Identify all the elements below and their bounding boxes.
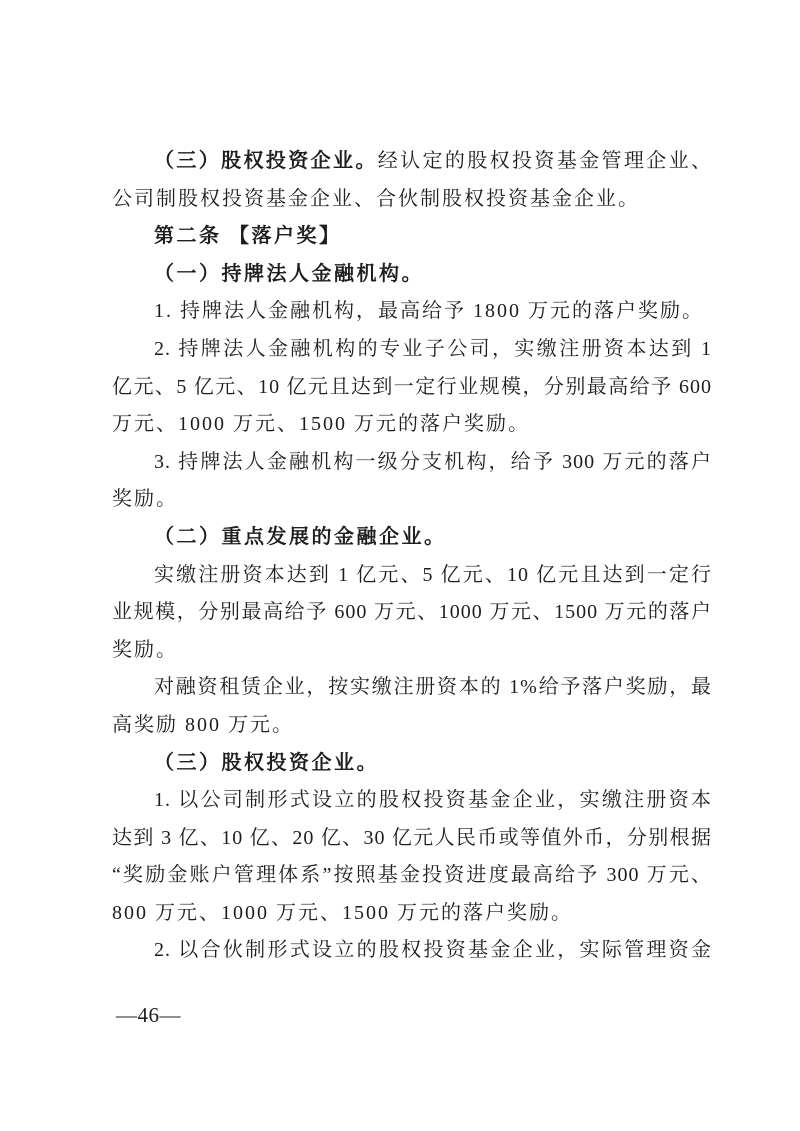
bold-text-segment: （二）重点发展的金融企业。 (154, 526, 447, 548)
text-segment: 亿元、5 亿元、10 亿元且达到一定行业规模，分别最高给予 600 (112, 376, 712, 398)
section-heading: 第二条 【落户奖】 (112, 218, 712, 256)
text-segment: 2. 持牌法人金融机构的专业子公司，实缴注册资本达到 1 (154, 338, 712, 360)
text-segment: 实缴注册资本达到 1 亿元、5 亿元、10 亿元且达到一定行 (154, 564, 712, 586)
section-heading: （二）重点发展的金融企业。 (112, 519, 712, 557)
text-line: 2. 以合伙制形式设立的股权投资基金企业，实际管理资金 (112, 932, 712, 970)
bold-text-segment: 第二条 【落户奖】 (154, 225, 342, 247)
document-body: （三）股权投资企业。经认定的股权投资基金管理企业、 公司制股权投资基金企业、合伙… (112, 143, 712, 970)
text-line: 1. 持牌法人金融机构，最高给予 1800 万元的落户奖励。 (112, 293, 712, 331)
text-line: “奖励金账户管理体系”按照基金投资进度最高给予 300 万元、 (112, 857, 712, 895)
text-line: 公司制股权投资基金企业、合伙制股权投资基金企业。 (112, 181, 712, 219)
text-line: 奖励。 (112, 632, 712, 670)
text-line: 奖励。 (112, 481, 712, 519)
text-segment: 达到 3 亿、10 亿、20 亿、30 亿元人民币或等值外币，分别根据 (112, 827, 712, 849)
text-segment: 1. 持牌法人金融机构，最高给予 1800 万元的落户奖励。 (154, 300, 704, 322)
text-line: 高奖励 800 万元。 (112, 707, 712, 745)
text-segment: 高奖励 800 万元。 (112, 714, 294, 736)
bold-text-segment: （三）股权投资企业。 (154, 752, 379, 774)
text-segment: 3. 持牌法人金融机构一级分支机构，给予 300 万元的落户 (154, 451, 712, 473)
text-line: 1. 以公司制形式设立的股权投资基金企业，实缴注册资本 (112, 782, 712, 820)
text-line: 达到 3 亿、10 亿、20 亿、30 亿元人民币或等值外币，分别根据 (112, 820, 712, 858)
section-heading: （三）股权投资企业。 (112, 745, 712, 783)
text-segment: 业规模，分别最高给予 600 万元、1000 万元、1500 万元的落户 (112, 601, 712, 623)
text-segment: “奖励金账户管理体系”按照基金投资进度最高给予 300 万元、 (112, 864, 712, 886)
text-line: 对融资租赁企业，按实缴注册资本的 1%给予落户奖励，最 (112, 669, 712, 707)
text-line: 实缴注册资本达到 1 亿元、5 亿元、10 亿元且达到一定行 (112, 557, 712, 595)
text-line: 业规模，分别最高给予 600 万元、1000 万元、1500 万元的落户 (112, 594, 712, 632)
text-segment: 奖励。 (112, 488, 178, 510)
text-line: 2. 持牌法人金融机构的专业子公司，实缴注册资本达到 1 (112, 331, 712, 369)
text-line: （三）股权投资企业。经认定的股权投资基金管理企业、 (112, 143, 712, 181)
text-segment: 经认定的股权投资基金管理企业、 (378, 150, 712, 172)
bold-text-segment: （三）股权投资企业。 (154, 150, 378, 172)
page-number: —46— (116, 1000, 181, 1030)
text-segment: 公司制股权投资基金企业、合伙制股权投资基金企业。 (112, 188, 640, 210)
text-line: 800 万元、1000 万元、1500 万元的落户奖励。 (112, 895, 712, 933)
text-line: 万元、1000 万元、1500 万元的落户奖励。 (112, 406, 712, 444)
text-segment: 800 万元、1000 万元、1500 万元的落户奖励。 (112, 902, 573, 924)
text-segment: 万元、1000 万元、1500 万元的落户奖励。 (112, 413, 530, 435)
document-page: （三）股权投资企业。经认定的股权投资基金管理企业、 公司制股权投资基金企业、合伙… (0, 0, 800, 1131)
text-segment: 对融资租赁企业，按实缴注册资本的 1%给予落户奖励，最 (154, 676, 712, 698)
text-segment: 2. 以合伙制形式设立的股权投资基金企业，实际管理资金 (154, 939, 712, 961)
text-line: 亿元、5 亿元、10 亿元且达到一定行业规模，分别最高给予 600 (112, 369, 712, 407)
section-heading: （一）持牌法人金融机构。 (112, 256, 712, 294)
text-line: 3. 持牌法人金融机构一级分支机构，给予 300 万元的落户 (112, 444, 712, 482)
text-segment: 奖励。 (112, 639, 178, 661)
bold-text-segment: （一）持牌法人金融机构。 (154, 263, 424, 285)
text-segment: 1. 以公司制形式设立的股权投资基金企业，实缴注册资本 (154, 789, 712, 811)
